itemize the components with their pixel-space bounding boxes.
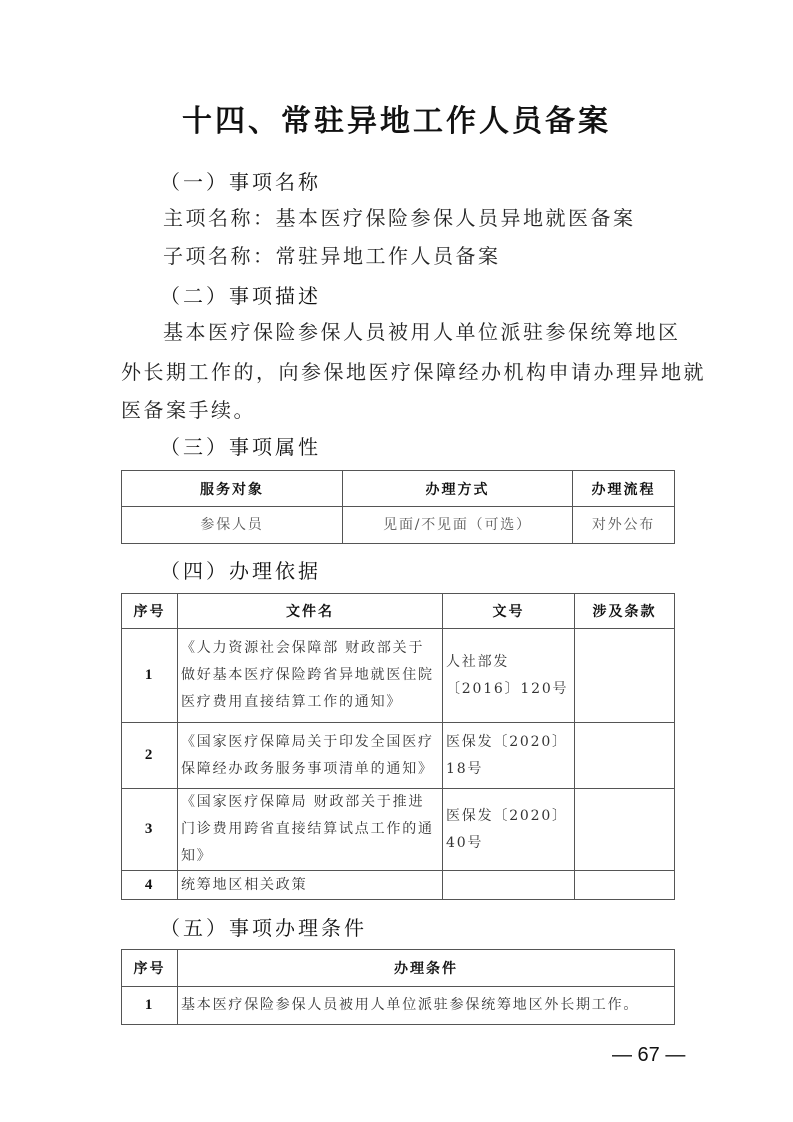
header-process: 办理流程 — [573, 471, 675, 507]
page-number: — 67 — — [612, 1044, 685, 1067]
section-heading-conditions: （五）事项办理条件 — [160, 912, 367, 941]
table-row: 2 《国家医疗保障局关于印发全国医疗保障经办政务服务事项清单的通知》 医保发〔2… — [122, 723, 675, 789]
header-service-target: 服务对象 — [122, 471, 343, 507]
cell-service-target: 参保人员 — [122, 507, 343, 544]
header-clause: 涉及条款 — [575, 594, 675, 629]
header-doc-no: 文号 — [443, 594, 575, 629]
sub-item-name: 子项名称：常驻异地工作人员备案 — [163, 236, 501, 276]
cell-doc-no — [443, 871, 575, 900]
table-row: 4 统筹地区相关政策 — [122, 871, 675, 900]
table-row: 1 《人力资源社会保障部 财政部关于做好基本医疗保险跨省异地就医住院医疗费用直接… — [122, 629, 675, 723]
header-method: 办理方式 — [343, 471, 573, 507]
cell-no: 2 — [122, 723, 178, 789]
cell-condition: 基本医疗保险参保人员被用人单位派驻参保统筹地区外长期工作。 — [178, 987, 675, 1025]
cell-file-name: 《国家医疗保障局关于印发全国医疗保障经办政务服务事项清单的通知》 — [178, 723, 443, 789]
conditions-table: 序号 办理条件 1 基本医疗保险参保人员被用人单位派驻参保统筹地区外长期工作。 — [121, 949, 675, 1025]
cell-process: 对外公布 — [573, 507, 675, 544]
cell-clause — [575, 723, 675, 789]
cell-clause — [575, 871, 675, 900]
section-heading-attributes: （三）事项属性 — [160, 431, 321, 460]
table-header-row: 序号 文件名 文号 涉及条款 — [122, 594, 675, 629]
description-line-2: 外长期工作的，向参保地医疗保障经办机构申请办理异地就 — [121, 352, 706, 392]
main-item-name: 主项名称：基本医疗保险参保人员异地就医备案 — [163, 198, 636, 238]
cell-file-name: 《人力资源社会保障部 财政部关于做好基本医疗保险跨省异地就医住院医疗费用直接结算… — [178, 629, 443, 723]
attributes-table: 服务对象 办理方式 办理流程 参保人员 见面/不见面（可选） 对外公布 — [121, 470, 675, 544]
cell-doc-no: 医保发〔2020〕40号 — [443, 789, 575, 871]
cell-file-name: 统筹地区相关政策 — [178, 871, 443, 900]
section-heading-name: （一）事项名称 — [160, 166, 321, 195]
table-header-row: 服务对象 办理方式 办理流程 — [122, 471, 675, 507]
table-row: 1 基本医疗保险参保人员被用人单位派驻参保统筹地区外长期工作。 — [122, 987, 675, 1025]
header-file-name: 文件名 — [178, 594, 443, 629]
cell-no: 1 — [122, 987, 178, 1025]
table-header-row: 序号 办理条件 — [122, 950, 675, 987]
section-heading-basis: （四）办理依据 — [160, 555, 321, 584]
cell-clause — [575, 789, 675, 871]
header-no: 序号 — [122, 594, 178, 629]
cell-method: 见面/不见面（可选） — [343, 507, 573, 544]
table-row: 参保人员 见面/不见面（可选） 对外公布 — [122, 507, 675, 544]
header-no: 序号 — [122, 950, 178, 987]
description-line-3: 医备案手续。 — [121, 390, 256, 430]
cell-doc-no: 人社部发〔2016〕120号 — [443, 629, 575, 723]
cell-no: 3 — [122, 789, 178, 871]
header-condition: 办理条件 — [178, 950, 675, 987]
page-title: 十四、常驻异地工作人员备案 — [0, 96, 793, 140]
cell-file-name: 《国家医疗保障局 财政部关于推进门诊费用跨省直接结算试点工作的通知》 — [178, 789, 443, 871]
basis-table: 序号 文件名 文号 涉及条款 1 《人力资源社会保障部 财政部关于做好基本医疗保… — [121, 593, 675, 900]
cell-doc-no: 医保发〔2020〕18号 — [443, 723, 575, 789]
description-line-1: 基本医疗保险参保人员被用人单位派驻参保统筹地区 — [163, 312, 681, 352]
section-heading-description: （二）事项描述 — [160, 280, 321, 309]
cell-no: 1 — [122, 629, 178, 723]
table-row: 3 《国家医疗保障局 财政部关于推进门诊费用跨省直接结算试点工作的通知》 医保发… — [122, 789, 675, 871]
cell-clause — [575, 629, 675, 723]
cell-no: 4 — [122, 871, 178, 900]
